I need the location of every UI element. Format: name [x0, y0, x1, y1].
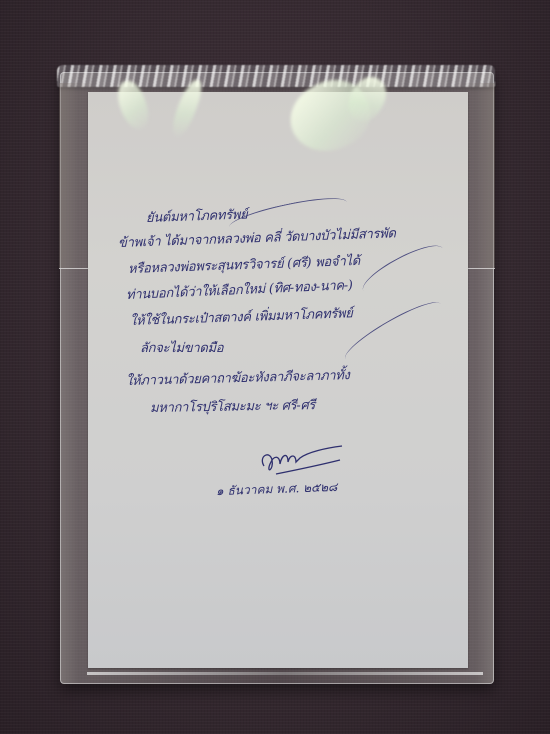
note-line: ลักจะไม่ขาดมือ — [140, 337, 223, 358]
sleeve-bottom-edge — [87, 672, 483, 675]
note-line: ให้ใช้ในกระเป๋าสตางค์ เพิ่มมหาโภคทรัพย์ — [130, 302, 353, 331]
signature — [256, 444, 346, 478]
ink-flourish — [340, 294, 447, 369]
note-title: ยันต์มหาโภคทรัพย์ — [146, 203, 248, 228]
ink-flourish — [357, 237, 448, 301]
note-line: ให้ภาวนาด้วยคาถาฆ้อะหังลาภีจะลาภาทั้ง — [126, 364, 350, 391]
handwritten-note: ยันต์มหาโภคทรัพย์ ข้าพเจ้า ได้มาจากหลวงพ… — [88, 92, 468, 668]
note-date: ๑ ธันวาคม พ.ศ. ๒๕๒๘ — [216, 478, 338, 501]
note-line: ท่านบอกได้ว่าให้เลือกใหม่ (ทิศ-ทอง-นาค-) — [126, 274, 353, 305]
handwritten-card: ยันต์มหาโภคทรัพย์ ข้าพเจ้า ได้มาจากหลวงพ… — [88, 92, 468, 668]
note-line: มหากาโรปุริโสมะมะ ฯะ ศรี-ศรี — [150, 394, 315, 418]
